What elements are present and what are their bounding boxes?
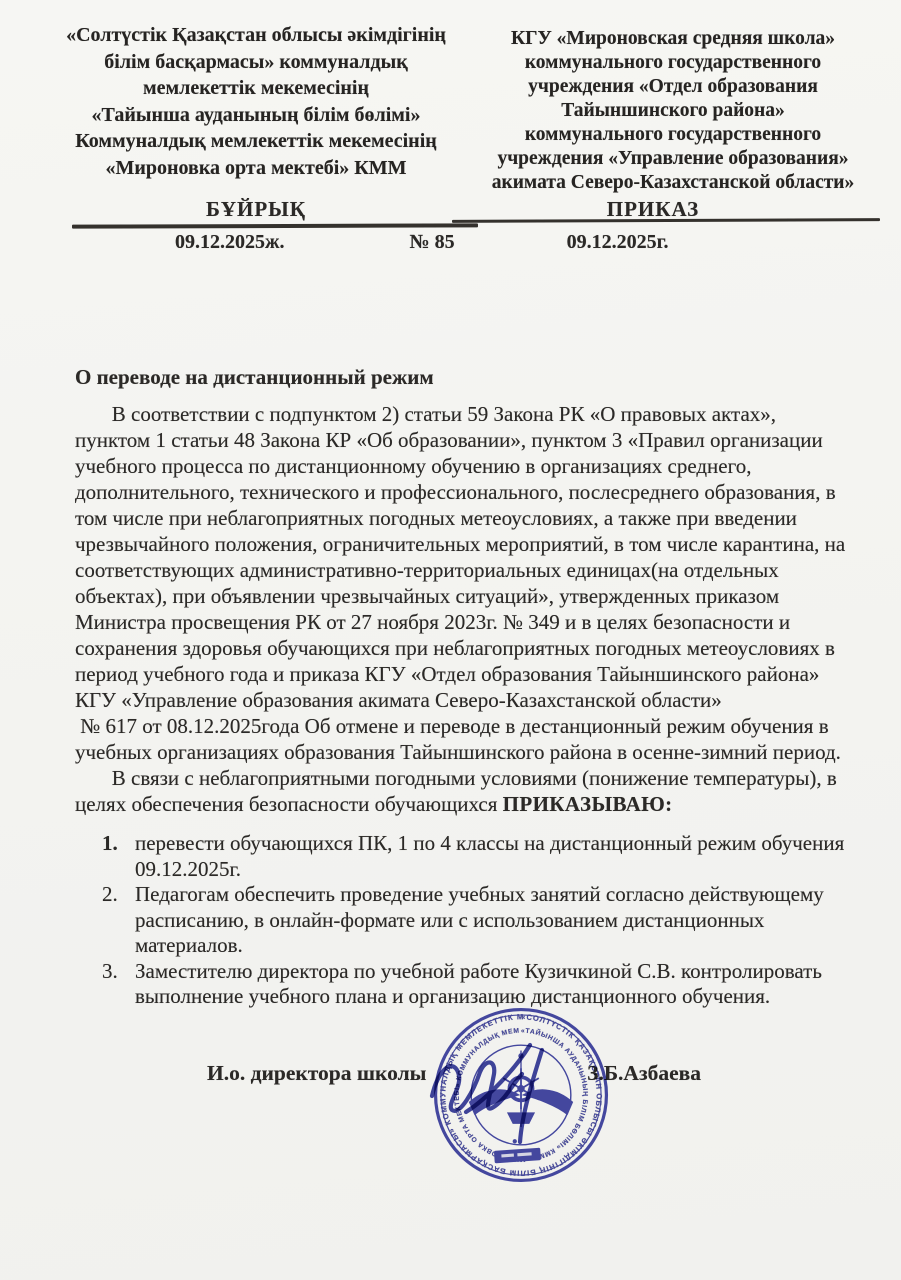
header-line: мемлекеттік мекемесінің: [55, 75, 457, 102]
preamble-line: том числе при неблагоприятных погодных м…: [75, 505, 877, 531]
header-org-russian: КГУ «Мироновская средняя школа»коммуналь…: [469, 22, 877, 195]
order-date-ru: 09.12.2025г.: [567, 230, 669, 255]
closing-line: целях обеспечения безопасности обучающих…: [75, 791, 877, 817]
header-line: «Мироновка орта мектебі» КММ: [55, 155, 457, 182]
order-items: 1. перевести обучающихся ПК, 1 по 4 клас…: [75, 831, 877, 1010]
preamble-line: № 617 от 08.12.2025года Об отмене и пере…: [75, 713, 877, 739]
header-line: учреждения «Отдел образования: [469, 75, 877, 99]
header-line: учреждения «Управление образования»: [469, 147, 877, 171]
item-text: расписанию, в онлайн-формате или с испол…: [135, 908, 764, 934]
item-number: [102, 908, 135, 934]
preamble-line: учебного процесса по дистанционному обуч…: [75, 453, 877, 479]
order-item-line: 2. Педагогам обеспечить проведение учебн…: [75, 882, 877, 908]
header-line: Коммуналдық мемлекеттік мекемесінің: [55, 128, 457, 155]
date-number-row: 09.12.2025ж. № 85 09.12.2025г.: [0, 230, 901, 255]
header-divider-left: [72, 223, 478, 228]
order-item-line: 09.12.2025г.: [75, 857, 877, 883]
item-text: Педагогам обеспечить проведение учебных …: [135, 882, 824, 908]
item-number: 3.: [102, 959, 135, 985]
order-item-line: материалов.: [75, 933, 877, 959]
signature-role: И.о. директора школы: [207, 1060, 426, 1086]
order-body: О переводе на дистанционный режим В соот…: [0, 364, 901, 1086]
header-line: «Тайынша ауданының білім бөлімі»: [55, 102, 457, 129]
header-line: «Солтүстік Қазақстан облысы әкімдігінің: [55, 22, 457, 49]
item-number: [102, 984, 135, 1010]
item-text: перевести обучающихся ПК, 1 по 4 классы …: [135, 831, 844, 857]
order-number: № 85: [410, 230, 455, 255]
preamble-line: В соответствии с подпунктом 2) статьи 59…: [75, 401, 877, 427]
item-number: [102, 857, 135, 883]
preamble-line: учебных организациях образования Тайынши…: [75, 739, 877, 765]
item-number: [102, 933, 135, 959]
item-text: материалов.: [135, 933, 243, 959]
preamble-line: чрезвычайного положения, ограничительных…: [75, 531, 877, 557]
item-number: 1.: [102, 831, 135, 857]
preamble-line: объектах), при объявлении чрезвычайных с…: [75, 583, 877, 609]
document-header: «Солтүстік Қазақстан облысы әкімдігініңб…: [0, 0, 901, 195]
preamble-line: пунктом 1 статьи 48 Закона КР «Об образо…: [75, 427, 877, 453]
signature-ink: [420, 1020, 620, 1170]
header-line: коммунального государственного: [469, 51, 877, 75]
header-line: білім басқармасы» коммуналдық: [55, 49, 457, 76]
preamble-line: соответствующих административно-территор…: [75, 557, 877, 583]
header-org-kazakh: «Солтүстік Қазақстан облысы әкімдігініңб…: [55, 22, 457, 195]
item-number: 2.: [102, 882, 135, 908]
header-line: акимата Северо-Казахстанской области»: [469, 171, 877, 195]
preamble-line: Министра просвещения РК от 27 ноября 202…: [75, 609, 877, 635]
header-line: коммунального государственного: [469, 123, 877, 147]
order-item-line: 1. перевести обучающихся ПК, 1 по 4 клас…: [75, 831, 877, 857]
closing-text: целях обеспечения безопасности обучающих…: [75, 792, 503, 816]
preamble-line: В связи с неблагоприятными погодными усл…: [75, 765, 877, 791]
prikazyvayu-label: ПРИКАЗЫВАЮ:: [503, 792, 673, 816]
item-text: Заместителю директора по учебной работе …: [135, 959, 822, 985]
order-subject: О переводе на дистанционный режим: [75, 364, 877, 390]
order-item-line: 3. Заместителю директора по учебной рабо…: [75, 959, 877, 985]
item-text: 09.12.2025г.: [135, 857, 241, 883]
order-item-line: расписанию, в онлайн-формате или с испол…: [75, 908, 877, 934]
header-line: КГУ «Мироновская средняя школа»: [469, 27, 877, 51]
preamble-line: дополнительного, технического и професси…: [75, 479, 877, 505]
signature-stroke-cross: [520, 1050, 542, 1142]
header-line: Тайыншинского района»: [469, 99, 877, 123]
scanned-order-document: «Солтүстік Қазақстан облысы әкімдігініңб…: [0, 0, 901, 1280]
order-preamble: В соответствии с подпунктом 2) статьи 59…: [75, 401, 877, 791]
header-divider-right: [452, 218, 880, 223]
preamble-line: период учебного года и приказа КГУ «Отде…: [75, 661, 877, 687]
order-title-kk: БҰЙРЫҚ: [55, 197, 457, 222]
preamble-line: КГУ «Управление образования акимата Севе…: [75, 687, 877, 713]
order-date-kk: 09.12.2025ж.: [175, 230, 285, 255]
preamble-line: сохранения здоровья обучающихся при небл…: [75, 635, 877, 661]
